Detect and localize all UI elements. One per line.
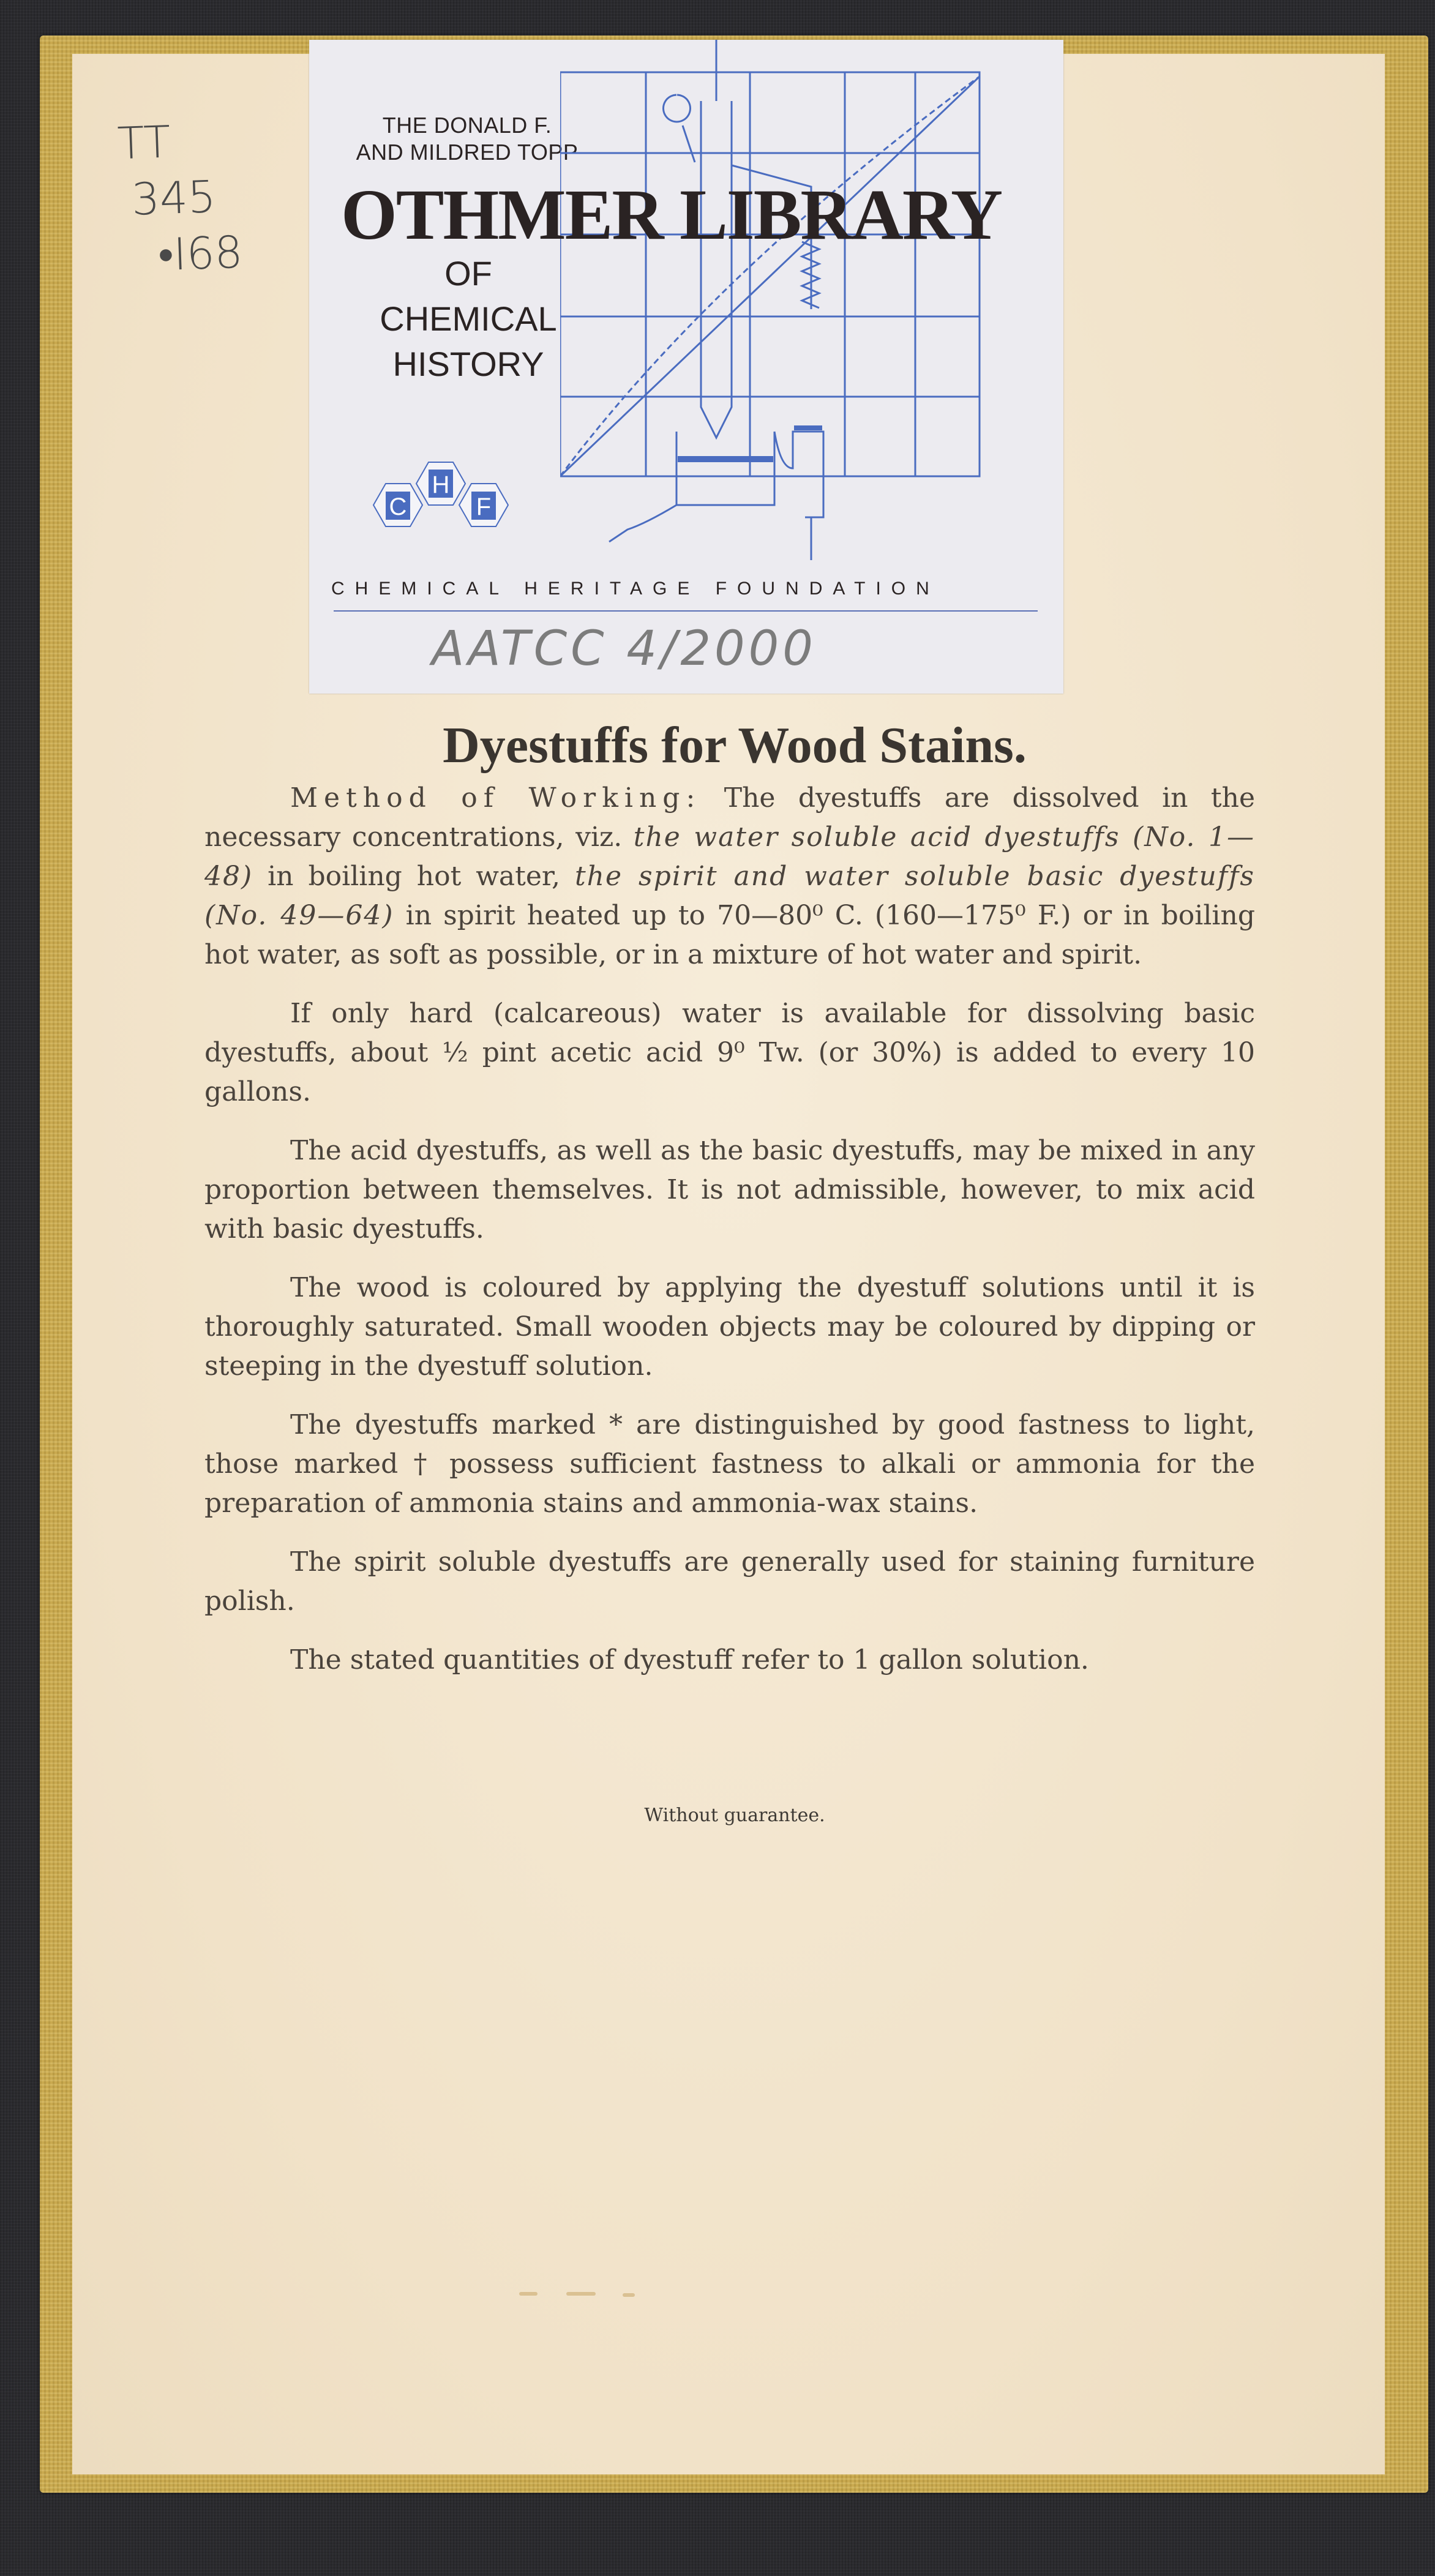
without-guarantee-note: Without guarantee.	[551, 1805, 918, 1826]
bookplate-subtitle: OF CHEMICAL HISTORY	[346, 251, 591, 387]
call-number-line-1: TT	[116, 111, 239, 172]
call-number-line-2: 345	[118, 168, 241, 228]
call-number-line-3: •I68	[121, 224, 244, 285]
paper-stain	[566, 2292, 596, 2296]
subtitle-line-3: HISTORY	[346, 342, 591, 387]
paper-stain	[623, 2293, 635, 2297]
subtitle-line-1: OF	[346, 251, 591, 296]
paragraph-hard-water: If only hard (calcareous) water is avail…	[204, 994, 1255, 1112]
document-body: Method of Working: The dyestuffs are dis…	[204, 779, 1255, 1699]
svg-text:C: C	[389, 493, 407, 520]
pencil-acquisition-note: AATCC 4/2000	[432, 621, 817, 676]
chf-hexagon-logo-icon: C H F	[370, 456, 511, 542]
bookplate-foundation: CHEMICAL HERITAGE FOUNDATION	[331, 578, 1041, 599]
bookplate-divider	[334, 610, 1038, 612]
donor-line-2: AND MILDRED TOPP	[339, 139, 596, 166]
bookplate-title: OTHMER LIBRARY	[341, 178, 1063, 252]
bookplate-donor: THE DONALD F. AND MILDRED TOPP	[339, 112, 596, 166]
svg-text:F: F	[476, 493, 491, 520]
paragraph-quantities: The stated quantities of dyestuff refer …	[204, 1641, 1255, 1680]
method-of-working-lead: Method of Working:	[290, 782, 701, 814]
paper-stain	[519, 2292, 538, 2296]
paragraph-method: Method of Working: The dyestuffs are dis…	[204, 779, 1255, 975]
lab-apparatus-illustration-icon	[560, 40, 1063, 566]
p1-text-c: in boiling hot water,	[253, 861, 575, 892]
subtitle-line-2: CHEMICAL	[346, 296, 591, 342]
paragraph-spirit-soluble: The spirit soluble dyestuffs are general…	[204, 1543, 1255, 1621]
paragraph-mixing: The acid dyestuffs, as well as the basic…	[204, 1131, 1255, 1249]
paragraph-fastness: The dyestuffs marked * are distinguished…	[204, 1406, 1255, 1523]
svg-text:H: H	[432, 471, 450, 498]
handwritten-call-number: TT 345 •I68	[116, 111, 244, 285]
donor-line-1: THE DONALD F.	[339, 112, 596, 139]
library-bookplate: THE DONALD F. AND MILDRED TOPP OTHMER LI…	[309, 40, 1063, 694]
paragraph-application: The wood is coloured by applying the dye…	[204, 1268, 1255, 1386]
document-title: Dyestuffs for Wood Stains.	[367, 715, 1102, 776]
